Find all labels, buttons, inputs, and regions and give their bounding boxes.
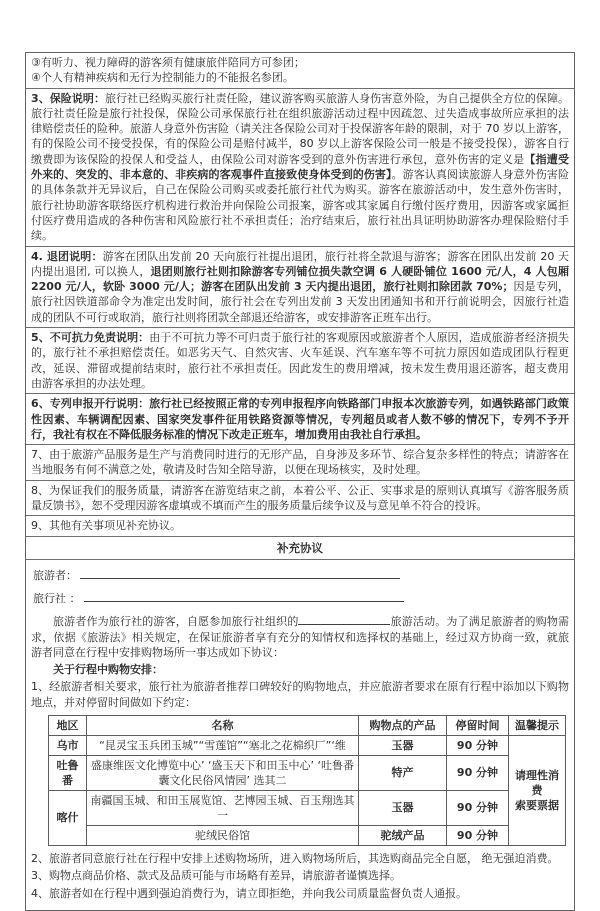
traveler-signature-blank bbox=[80, 567, 400, 579]
region-cell: 喀什 bbox=[49, 790, 87, 845]
agency-signature-label: 旅行社 ： bbox=[33, 592, 81, 605]
shopping-item-3: 3、购物点商品价格、款式及品质可能与市场略有差异，请旅游者谨慎选择。 bbox=[31, 868, 569, 883]
clause-paragraph: 9、其他有关事项见补充协议。 bbox=[31, 518, 569, 533]
tip-line-1: 请理性消费 bbox=[512, 768, 562, 798]
contract-clause-service-feedback-onsite: 7、由于旅游产品服务是生产与消费同时进行的无形产品，自身涉及多环节、综合复杂多样… bbox=[26, 445, 574, 481]
shopping-item-2: 2、旅游者同意旅行社在行程中安排上述购物场所，进入购物场所后，其选购商品完全自愿… bbox=[31, 851, 569, 866]
traveler-signature-label: 旅游者： bbox=[33, 569, 77, 582]
shopping-item-1: 1、经旅游者相关要求，旅行社为旅游者推荐口碑较好的购物地点，并应旅游者要求在原有… bbox=[31, 679, 569, 710]
contract-page: ③有听力、视力障碍的游客须有健康旅伴陪同方可参团；④个人有精神疾病和无行为控制能… bbox=[25, 52, 575, 911]
clause-text-segment: 6、专列申报开行说明：旅行社已经按照正常的专列申报程序向铁路部门申报本次旅游专列… bbox=[31, 397, 569, 441]
clause-text-segment: 9、其他有关事项见补充协议。 bbox=[31, 519, 181, 532]
header-product: 购物点的产品 bbox=[359, 715, 447, 735]
clause-paragraph: ③有听力、视力障碍的游客须有健康旅伴陪同方可参团； bbox=[31, 55, 569, 70]
duration-cell: 90 分钟 bbox=[447, 755, 509, 790]
name-cell: 南疆国玉城、和田玉展览馆、艺博园玉城、百玉翔选其一 bbox=[87, 790, 359, 825]
clause-paragraph: 6、专列申报开行说明：旅行社已经按照正常的专列申报程序向铁路部门申报本次旅游专列… bbox=[31, 396, 569, 442]
table-row: 乌市 “昆灵宝玉兵团玉城”“雪莲馆”“塞北之花棉织厂”‘维 玉器 90 分钟 请… bbox=[49, 735, 566, 755]
clause-text-segment: 8、为保证我们的服务质量，请游客在游览结束之前，本着公平、公正、实事求是的原则认… bbox=[31, 484, 569, 512]
table-header-row: 地区 名称 购物点的产品 停留时间 温馨提示 bbox=[49, 715, 566, 735]
contract-clause-service-quality-feedback-form: 8、为保证我们的服务质量，请游客在游览结束之前，本着公平、公正、实事求是的原则认… bbox=[26, 481, 574, 517]
contract-clause-participation-restrictions: ③有听力、视力障碍的游客须有健康旅伴陪同方可参团；④个人有精神疾病和无行为控制能… bbox=[26, 53, 574, 89]
product-cell: 驼绒产品 bbox=[359, 825, 447, 845]
table-row: 驼绒民俗馆 驼绒产品 90 分钟 bbox=[49, 825, 566, 845]
contract-clause-other-matters: 9、其他有关事项见补充协议。 bbox=[26, 516, 574, 536]
shopping-arrangement-heading: 关于行程中购物安排： bbox=[31, 662, 569, 677]
product-cell: 玉器 bbox=[359, 735, 447, 755]
clause-text-segment: 旅行社已经购买旅行社责任险，建议游客购买旅游人身伤害意外险，为自己提供全方位的保… bbox=[31, 92, 569, 166]
tip-cell: 请理性消费 索要票据 bbox=[509, 735, 566, 845]
contract-clause-force-majeure-disclaimer: 5、不可抗力免责说明：由于不可抗力等不可归责于旅行社的客观原因或旅游者个人原因，… bbox=[26, 328, 574, 394]
tour-name-blank bbox=[298, 613, 390, 625]
duration-cell: 90 分钟 bbox=[447, 790, 509, 825]
name-cell: 盛康维医文化博览中心’ ‘盛玉天下和田玉中心’ ‘吐鲁番囊文化民俗风情园’ 选其… bbox=[87, 755, 359, 790]
clause-paragraph: 5、不可抗力免责说明：由于不可抗力等不可归责于旅行社的客观原因或旅游者个人原因，… bbox=[31, 330, 569, 391]
clause-text-segment: 7、由于旅游产品服务是生产与消费同时进行的无形产品，自身涉及多环节、综合复杂多样… bbox=[31, 448, 569, 476]
supplement-agreement-body: 旅游者： 旅行社 ： 旅游者作为旅行社的游客，自愿参加旅行社组织的旅游活动。为了… bbox=[26, 560, 574, 910]
traveler-signature-row: 旅游者： bbox=[33, 567, 569, 583]
agency-signature-row: 旅行社 ： bbox=[33, 590, 569, 606]
clause-paragraph: ④个人有精神疾病和无行为控制能力的不能报名参团。 bbox=[31, 70, 569, 85]
supplement-intro-paragraph: 旅游者作为旅行社的游客，自愿参加旅行社组织的旅游活动。为了满足旅游者的购物需求，… bbox=[31, 613, 569, 660]
contract-clause-special-train-declaration: 6、专列申报开行说明：旅行社已经按照正常的专列申报程序向铁路部门申报本次旅游专列… bbox=[26, 394, 574, 445]
shopping-item-4: 4、旅游者如在行程中遇到强迫消费行为，请立即拒绝，并向我公司质量监督负责人通报。 bbox=[31, 886, 569, 901]
name-cell: “昆灵宝玉兵团玉城”“雪莲馆”“塞北之花棉织厂”‘维 bbox=[87, 735, 359, 755]
header-name: 名称 bbox=[87, 715, 359, 735]
shopping-stops-table: 地区 名称 购物点的产品 停留时间 温馨提示 乌市 “昆灵宝玉兵团玉城”“雪莲馆… bbox=[48, 715, 566, 846]
header-duration: 停留时间 bbox=[447, 715, 509, 735]
clause-paragraph: 3、保险说明：旅行社已经购买旅行社责任险，建议游客购买旅游人身伤害意外险，为自己… bbox=[31, 91, 569, 244]
tip-line-2: 索要票据 bbox=[512, 798, 562, 813]
contract-clauses: ③有听力、视力障碍的游客须有健康旅伴陪同方可参团；④个人有精神疾病和无行为控制能… bbox=[26, 53, 574, 537]
name-cell: 驼绒民俗馆 bbox=[87, 825, 359, 845]
contract-clause-insurance-explanation: 3、保险说明：旅行社已经购买旅行社责任险，建议游客购买旅游人身伤害意外险，为自己… bbox=[26, 89, 574, 247]
clause-text-segment: 3、保险说明： bbox=[31, 92, 105, 105]
clause-paragraph: 7、由于旅游产品服务是生产与消费同时进行的无形产品，自身涉及多环节、综合复杂多样… bbox=[31, 447, 569, 478]
contract-clause-withdrawal-explanation: 4. 退团说明：游客在团队出发前 20 天向旅行社提出退团，旅行社将全款退与游客… bbox=[26, 247, 574, 328]
supplement-agreement-heading: 补充协议 bbox=[26, 537, 574, 560]
clause-text-segment: 4. 退团说明： bbox=[31, 250, 103, 263]
duration-cell: 90 分钟 bbox=[447, 735, 509, 755]
header-region: 地区 bbox=[49, 715, 87, 735]
clause-paragraph: 4. 退团说明：游客在团队出发前 20 天向旅行社提出退团，旅行社将全款退与游客… bbox=[31, 249, 569, 325]
duration-cell: 90 分钟 bbox=[447, 825, 509, 845]
product-cell: 特产 bbox=[359, 755, 447, 790]
region-cell: 吐鲁番 bbox=[49, 755, 87, 790]
region-cell: 乌市 bbox=[49, 735, 87, 755]
header-tip: 温馨提示 bbox=[509, 715, 566, 735]
intro-text-before-blank: 旅游者作为旅行社的游客，自愿参加旅行社组织的 bbox=[53, 615, 298, 628]
agency-signature-blank bbox=[84, 590, 404, 602]
clause-text-segment: ③有听力、视力障碍的游客须有健康旅伴陪同方可参团； bbox=[31, 56, 305, 69]
clause-text-segment: 5、不可抗力免责说明： bbox=[31, 331, 149, 344]
product-cell: 玉器 bbox=[359, 790, 447, 825]
table-row: 吐鲁番 盛康维医文化博览中心’ ‘盛玉天下和田玉中心’ ‘吐鲁番囊文化民俗风情园… bbox=[49, 755, 566, 790]
clause-text-segment: ④个人有精神疾病和无行为控制能力的不能报名参团。 bbox=[31, 71, 294, 84]
clause-paragraph: 8、为保证我们的服务质量，请游客在游览结束之前，本着公平、公正、实事求是的原则认… bbox=[31, 483, 569, 514]
table-row: 喀什 南疆国玉城、和田玉展览馆、艺博园玉城、百玉翔选其一 玉器 90 分钟 bbox=[49, 790, 566, 825]
